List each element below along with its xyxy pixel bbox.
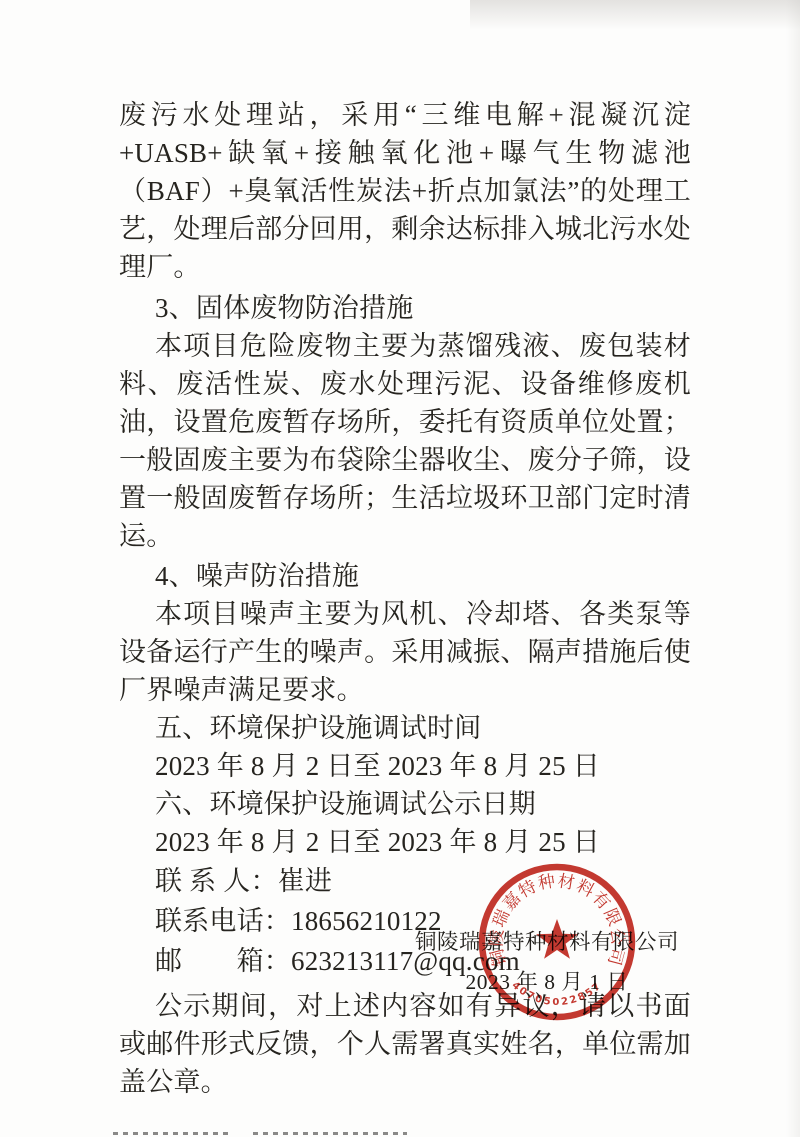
heading-noise-measures: 4、噪声防治措施 bbox=[119, 557, 691, 595]
heading-publicity-date: 六、环境保护设施调试公示日期 bbox=[119, 785, 691, 823]
scan-shading-top-right bbox=[470, 0, 800, 30]
paragraph-solid-waste-measures: 本项目危险废物主要为蒸馏残液、废包装材料、废活性炭、废水处理污泥、设备维修废机油… bbox=[119, 327, 691, 555]
signature-block: 铜陵瑞嘉特种材料有限公司 2023 年 8 月 1 日 bbox=[415, 922, 679, 1002]
line-publicity-dates: 2023 年 8 月 2 日至 2023 年 8 月 25 日 bbox=[119, 823, 691, 861]
signature-company-name: 铜陵瑞嘉特种材料有限公司 bbox=[415, 922, 679, 962]
scan-shading-right-edge bbox=[786, 0, 800, 1137]
paragraph-treatment-process: 废污水处理站，采用“三维电解+混凝沉淀+UASB+缺氧+接触氧化池+曝气生物滤池… bbox=[119, 96, 691, 286]
signature-date: 2023 年 8 月 1 日 bbox=[415, 962, 679, 1002]
line-contact-person: 联 系 人：崔进 bbox=[119, 861, 691, 901]
paragraph-feedback-notice: 公示期间，对上述内容如有异议，请以书面或邮件形式反馈，个人需署真实姓名，单位需加… bbox=[119, 987, 691, 1101]
line-trial-dates: 2023 年 8 月 2 日至 2023 年 8 月 25 日 bbox=[119, 747, 691, 785]
document-page: 废污水处理站，采用“三维电解+混凝沉淀+UASB+缺氧+接触氧化池+曝气生物滤池… bbox=[0, 0, 800, 1137]
paragraph-noise-measures: 本项目噪声主要为风机、冷却塔、各类泵等设备运行产生的噪声。采用减振、隔声措施后使… bbox=[119, 595, 691, 709]
heading-solid-waste-measures: 3、固体废物防治措施 bbox=[119, 289, 691, 327]
scan-artifact-line bbox=[113, 1132, 407, 1135]
heading-trial-time: 五、环境保护设施调试时间 bbox=[119, 709, 691, 747]
